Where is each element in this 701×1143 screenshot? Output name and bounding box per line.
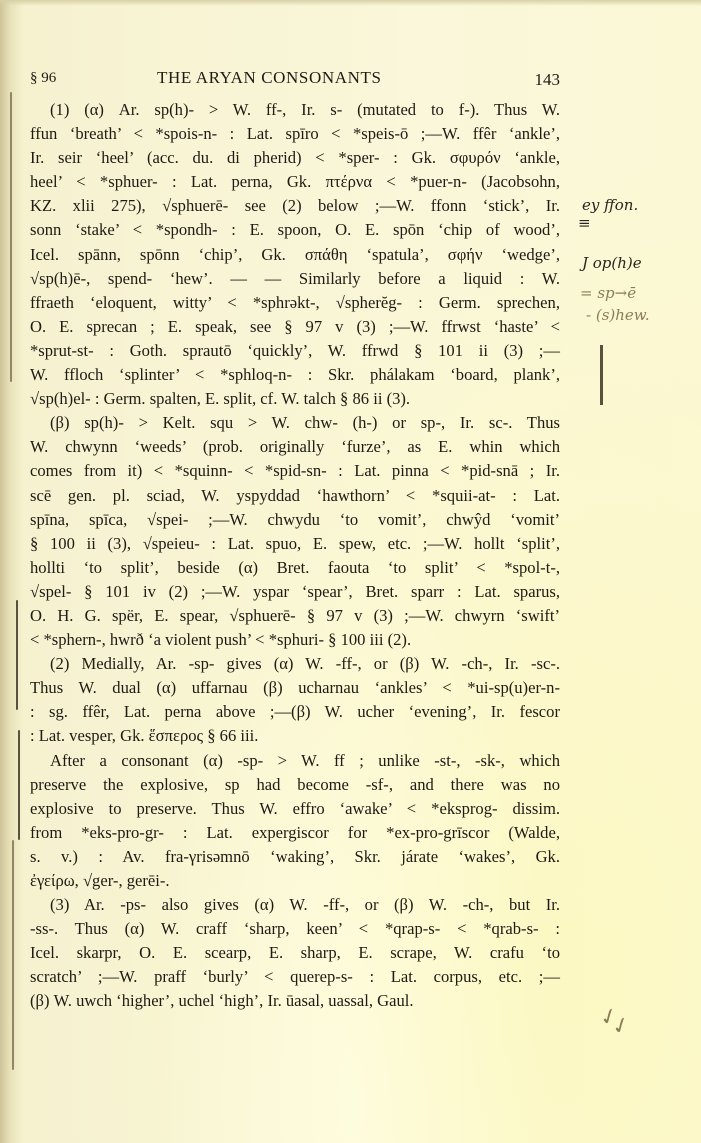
text-line: √spel- § 101 iv (2) ;—W. yspar ‘spear’, …	[30, 580, 560, 604]
text-line: (2) Medially, Ar. -sp- gives (α) W. -ff-…	[30, 652, 560, 676]
handwritten-note: - (s)hew.	[586, 306, 650, 324]
text-line: *sprut-st- : Goth. sprautō ‘quickly’, W.…	[30, 339, 560, 363]
text-line: O. H. G. spër, E. spear, √sphuerē- § 97 …	[30, 604, 560, 628]
handwritten-note: ey ffon.	[582, 196, 638, 214]
text-line: preserve the explosive, sp had become -s…	[30, 773, 560, 797]
text-line: ffraeth ‘eloquent, witty’ < *sphrəkt-, √…	[30, 291, 560, 315]
text-line: < *sphern-, hwrð ‘a violent push’ < *sph…	[30, 628, 560, 652]
left-margin-bracket-3	[18, 730, 20, 840]
text-line: W. chwynn ‘weeds’ (prob. originally ‘fur…	[30, 435, 560, 459]
text-line: Icel. spānn, spōnn ‘chip’, Gk. σπάθη ‘sp…	[30, 243, 560, 267]
text-line: O. E. sprecan ; E. speak, see § 97 v (3)…	[30, 315, 560, 339]
body-text: (1) (α) Ar. sp(h)- > W. ff-, Ir. s- (mut…	[30, 98, 560, 1014]
text-line: scratch’ ;—W. praff ‘burly’ < querep-s- …	[30, 965, 560, 989]
text-line: s. v.) : Av. fra-γrisəmnō ‘waking’, Skr.…	[30, 845, 560, 869]
text-line: Icel. skarpr, O. E. scearp, E. sharp, E.…	[30, 941, 560, 965]
text-line: (β) W. uwch ‘higher’, uchel ‘high’, Ir. …	[30, 989, 560, 1013]
text-line: spīna, spīca, √spei- ;—W. chwydu ‘to vom…	[30, 508, 560, 532]
text-line: W. ffloch ‘splinter’ < *sphloq-n- : Skr.…	[30, 363, 560, 387]
text-line: § 100 ii (3), √speieu- : Lat. spuo, E. s…	[30, 532, 560, 556]
text-line: explosive to preserve. Thus W. effro ‘aw…	[30, 797, 560, 821]
text-line: Thus W. dual (α) uffarnau (β) ucharnau ‘…	[30, 676, 560, 700]
text-line: heel’ < *sphuer- : Lat. perna, Gk. πτέρν…	[30, 170, 560, 194]
text-line: from *eks-pro-gr- : Lat. expergiscor for…	[30, 821, 560, 845]
text-line: sonn ‘stake’ < *spondh- : E. spoon, O. E…	[30, 218, 560, 242]
left-margin-bracket-4	[12, 840, 14, 1070]
text-line: (3) Ar. -ps- also gives (α) W. -ff-, or …	[30, 893, 560, 917]
handwritten-note: = sp→ē	[580, 284, 636, 302]
text-line: After a consonant (α) -sp- > W. ff ; unl…	[30, 749, 560, 773]
text-line: ffun ‘breath’ < *spois-n- : Lat. spīro <…	[30, 122, 560, 146]
text-line: (β) sp(h)- > Kelt. squ > W. chw- (h-) or…	[30, 411, 560, 435]
section-number: § 96	[30, 70, 56, 87]
handwritten-note: J op(h)e	[582, 254, 642, 272]
text-line: scē gen. pl. sciad, W. yspyddad ‘hawthor…	[30, 484, 560, 508]
text-line: hollti ‘to split’, beside (α) Bret. faou…	[30, 556, 560, 580]
running-head: § 96 THE ARYAN CONSONANTS 143	[30, 68, 560, 92]
text-line: KZ. xlii 275), √sphuerē- see (2) below ;…	[30, 194, 560, 218]
chapter-title: THE ARYAN CONSONANTS	[157, 68, 382, 88]
text-line: -ss-. Thus (α) W. craff ‘sharp, keen’ < …	[30, 917, 560, 941]
page-top-edge	[0, 0, 701, 6]
text-line: Ir. seir ‘heel’ (acc. du. di pherid) < *…	[30, 146, 560, 170]
pencil-check-mark-icon: ✓	[608, 1012, 634, 1042]
text-line: √sp(h)ē-, spend- ‘hew’. — — Similarly be…	[30, 267, 560, 291]
text-line: ἐγείρω, √ger-, gerēi-.	[30, 869, 560, 893]
page-number: 143	[535, 70, 561, 90]
right-margin-line	[600, 345, 603, 405]
text-line: : Lat. vesper, Gk. ἕσπερος § 66 iii.	[30, 724, 560, 748]
text-line: comes from it) < *squinn- < *spid-sn- : …	[30, 459, 560, 483]
left-margin-bracket-1	[10, 92, 12, 382]
text-line: : sg. ffêr, Lat. perna above ;—(β) W. uc…	[30, 700, 560, 724]
handwritten-note: ≡	[578, 214, 591, 232]
text-line: √sp(h)el- : Germ. spalten, E. split, cf.…	[30, 387, 560, 411]
left-margin-bracket-2	[16, 600, 18, 710]
text-line: (1) (α) Ar. sp(h)- > W. ff-, Ir. s- (mut…	[30, 98, 560, 122]
